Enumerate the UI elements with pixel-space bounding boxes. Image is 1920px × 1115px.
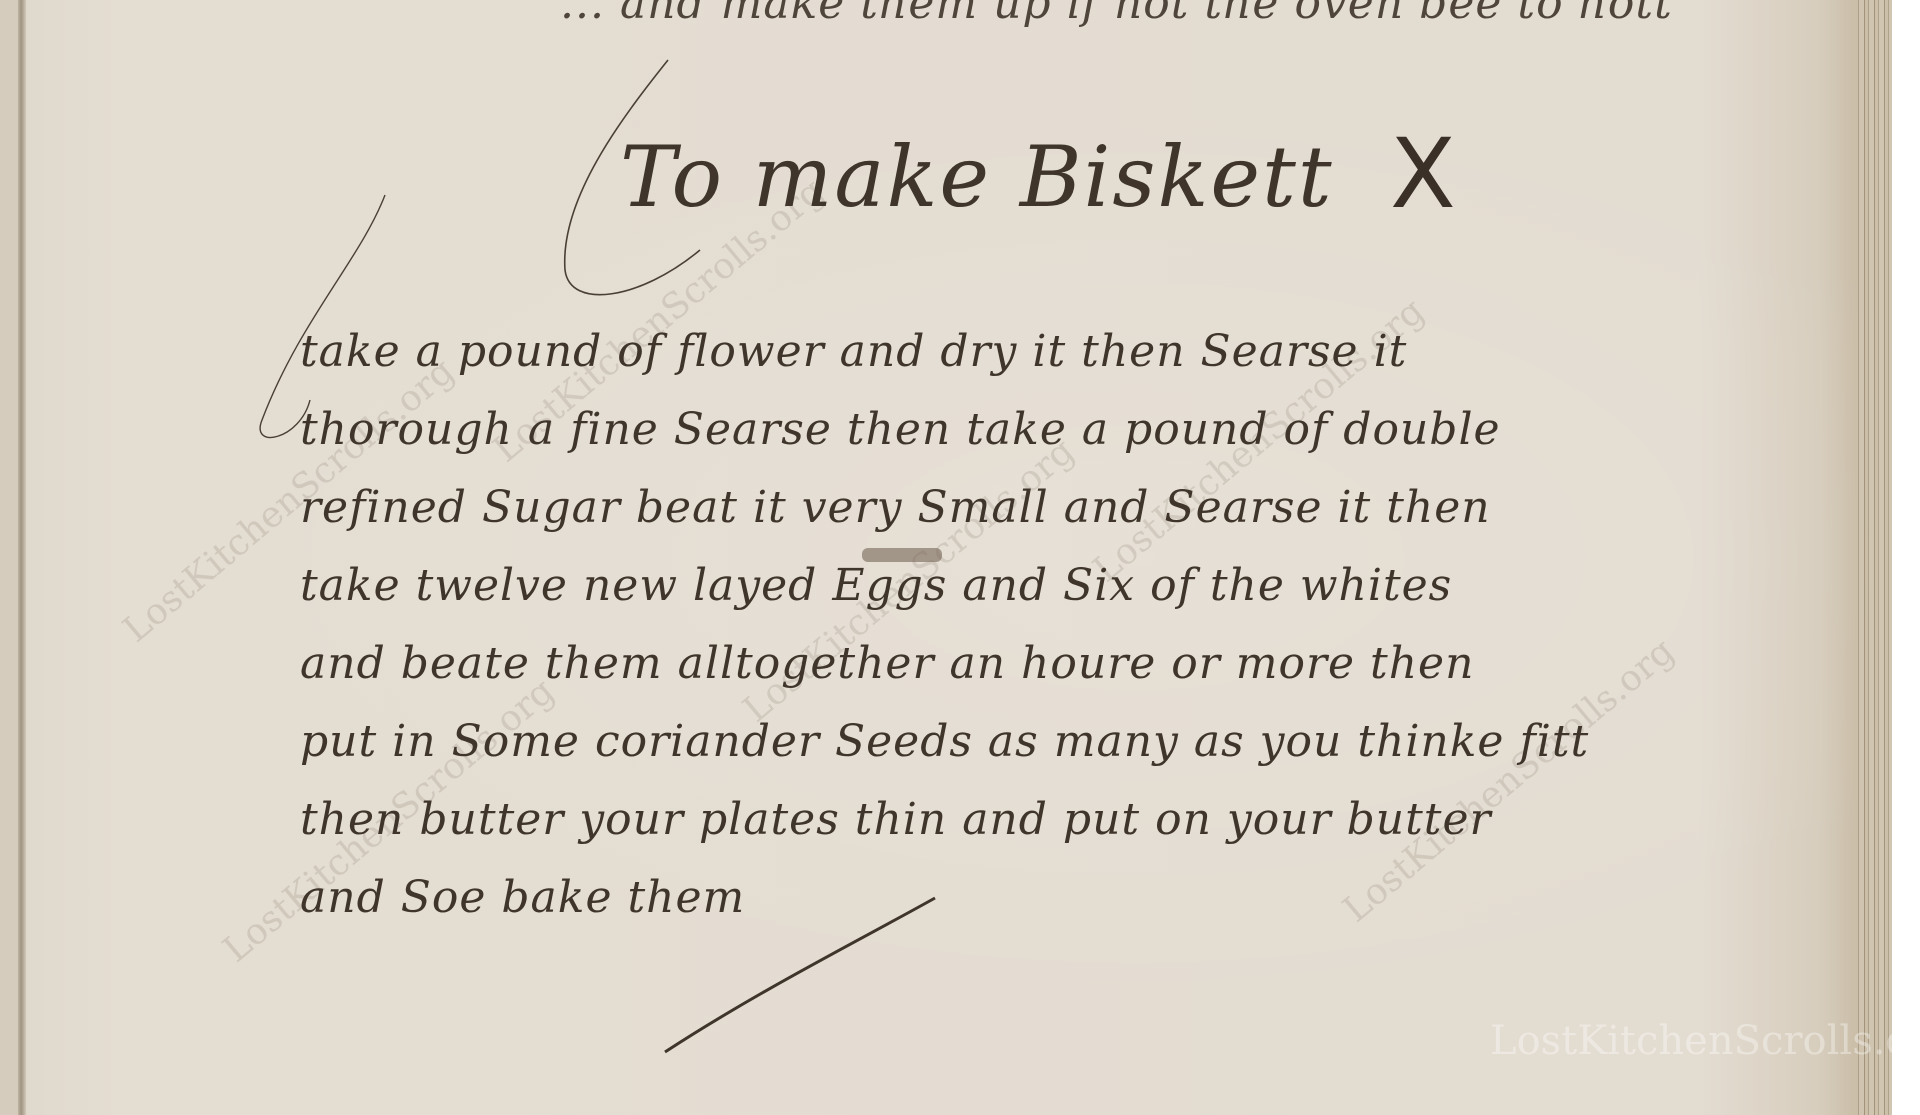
manuscript-page: LostKitchenScrolls.org LostKitchenScroll… (0, 0, 1892, 1115)
pen-flourishes (0, 0, 1920, 1115)
